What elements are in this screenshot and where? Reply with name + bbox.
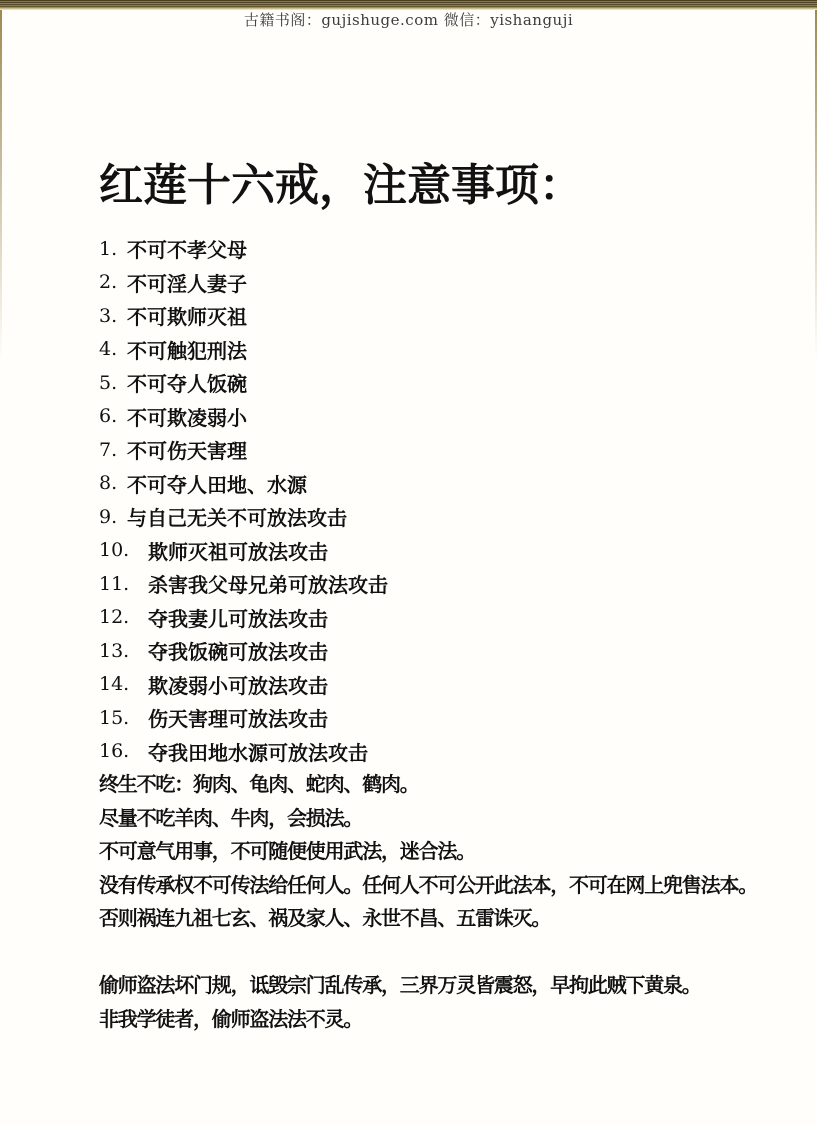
list-item: 14.欺凌弱小可放法攻击: [99, 668, 799, 702]
list-item-number: 7.: [99, 439, 127, 461]
list-item-number: 14.: [99, 673, 148, 695]
list-item-text: 伤天害理可放法攻击: [148, 703, 328, 732]
warning-line: 非我学徒者，偷师盗法法不灵。: [99, 1003, 799, 1037]
list-item-text: 欺师灭祖可放法攻击: [148, 536, 328, 565]
list-item-text: 夺我妻儿可放法攻击: [148, 603, 328, 632]
list-item: 6.不可欺凌弱小: [99, 400, 799, 434]
list-item-number: 5.: [99, 372, 127, 394]
site-watermark: 古籍书阁：gujishuge.com 微信：yishanguji: [0, 9, 817, 30]
list-item-number: 15.: [99, 707, 148, 729]
list-item-text: 不可夺人饭碗: [127, 368, 247, 397]
list-item-text: 夺我田地水源可放法攻击: [148, 737, 368, 766]
list-item: 16.夺我田地水源可放法攻击: [99, 735, 799, 769]
precepts-list: 1.不可不孝父母2.不可淫人妻子3.不可欺师灭祖4.不可触犯刑法5.不可夺人饭碗…: [99, 232, 799, 768]
list-item-text: 不可淫人妻子: [127, 268, 247, 297]
list-item-number: 4.: [99, 338, 127, 360]
list-item: 13.夺我饭碗可放法攻击: [99, 634, 799, 668]
list-item: 15.伤天害理可放法攻击: [99, 701, 799, 735]
warning-line: 偷师盗法坏门规，诋毁宗门乱传承，三界万灵皆震怒，早拘此贼下黄泉。: [99, 969, 799, 1003]
list-item-number: 12.: [99, 606, 148, 628]
note-line: 终生不吃：狗肉、龟肉、蛇肉、鹤肉。: [99, 768, 799, 802]
list-item: 5.不可夺人饭碗: [99, 366, 799, 400]
list-item: 8.不可夺人田地、水源: [99, 467, 799, 501]
note-line: 尽量不吃羊肉、牛肉，会损法。: [99, 802, 799, 836]
page-title: 红莲十六戒，注意事项：: [99, 156, 799, 232]
note-line: 没有传承权不可传法给任何人。任何人不可公开此法本，不可在网上兜售法本。: [99, 869, 799, 903]
blank-line: [99, 936, 799, 970]
list-item: 3.不可欺师灭祖: [99, 299, 799, 333]
note-line: 否则祸连九祖七玄、祸及家人、永世不昌、五雷诛灭。: [99, 902, 799, 936]
list-item-number: 13.: [99, 640, 148, 662]
list-item-number: 1.: [99, 238, 127, 260]
list-item-text: 欺凌弱小可放法攻击: [148, 670, 328, 699]
note-line: 不可意气用事，不可随便使用武法，迷合法。: [99, 835, 799, 869]
notes-block: 终生不吃：狗肉、龟肉、蛇肉、鹤肉。尽量不吃羊肉、牛肉，会损法。不可意气用事，不可…: [99, 768, 799, 936]
list-item-text: 杀害我父母兄弟可放法攻击: [148, 569, 388, 598]
left-page-border: [0, 10, 2, 360]
list-item-number: 10.: [99, 539, 148, 561]
list-item-text: 夺我饭碗可放法攻击: [148, 636, 328, 665]
list-item: 11.杀害我父母兄弟可放法攻击: [99, 567, 799, 601]
list-item-text: 与自己无关不可放法攻击: [127, 502, 347, 531]
document-content: 红莲十六戒，注意事项： 1.不可不孝父母2.不可淫人妻子3.不可欺师灭祖4.不可…: [99, 156, 799, 1036]
list-item: 12.夺我妻儿可放法攻击: [99, 601, 799, 635]
list-item-number: 16.: [99, 740, 148, 762]
list-item-number: 9.: [99, 506, 127, 528]
list-item-text: 不可欺凌弱小: [127, 402, 247, 431]
list-item-number: 11.: [99, 573, 148, 595]
list-item: 10.欺师灭祖可放法攻击: [99, 534, 799, 568]
list-item: 4.不可触犯刑法: [99, 333, 799, 367]
list-item-number: 6.: [99, 405, 127, 427]
list-item: 9.与自己无关不可放法攻击: [99, 500, 799, 534]
list-item-text: 不可伤天害理: [127, 435, 247, 464]
list-item: 7.不可伤天害理: [99, 433, 799, 467]
list-item-text: 不可触犯刑法: [127, 335, 247, 364]
list-item-text: 不可欺师灭祖: [127, 301, 247, 330]
list-item-text: 不可不孝父母: [127, 234, 247, 263]
list-item-number: 2.: [99, 271, 127, 293]
list-item-text: 不可夺人田地、水源: [127, 469, 307, 498]
list-item-number: 3.: [99, 305, 127, 327]
list-item: 1.不可不孝父母: [99, 232, 799, 266]
list-item: 2.不可淫人妻子: [99, 266, 799, 300]
warning-block: 偷师盗法坏门规，诋毁宗门乱传承，三界万灵皆震怒，早拘此贼下黄泉。非我学徒者，偷师…: [99, 969, 799, 1036]
list-item-number: 8.: [99, 472, 127, 494]
